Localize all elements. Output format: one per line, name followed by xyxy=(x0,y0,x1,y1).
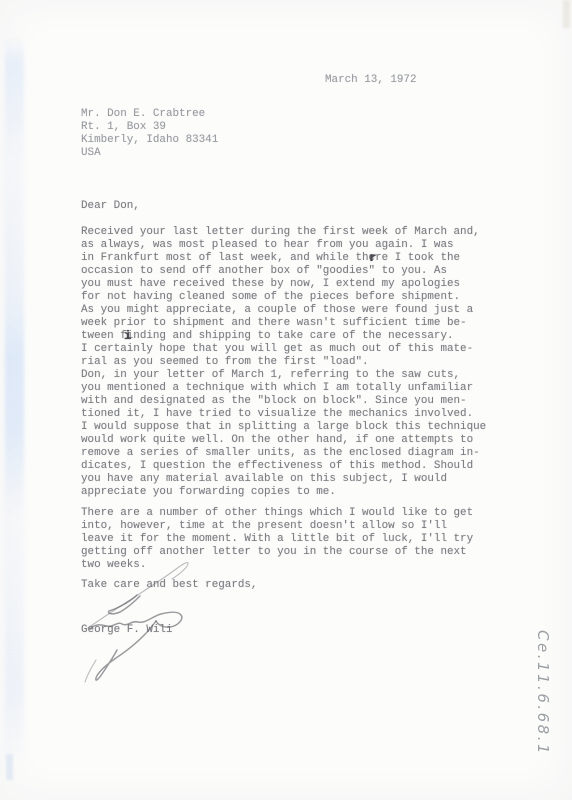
typewriter-overstrike-finding: i xyxy=(124,330,131,343)
scan-edge-artifact-bottom-left xyxy=(6,754,13,780)
typewriter-overstrike-there: r xyxy=(369,252,376,265)
recipient-address: Mr. Don E. Crabtree Rt. 1, Box 39 Kimber… xyxy=(81,108,218,160)
letter-date: March 13, 1972 xyxy=(325,74,417,87)
body-paragraph-1: Received your last letter during the fir… xyxy=(81,226,480,369)
scanned-letter-page: March 13, 1972 Mr. Don E. Crabtree Rt. 1… xyxy=(0,0,572,800)
margin-annotation: Ce.11.6.68.1 xyxy=(534,630,552,756)
body-paragraph-2: Don, in your letter of March 1, referrin… xyxy=(81,369,486,499)
handwritten-signature xyxy=(68,548,218,698)
scan-edge-artifact-left xyxy=(5,35,24,765)
salutation: Dear Don, xyxy=(81,200,140,213)
scan-edge-artifact-top-right xyxy=(563,0,570,28)
